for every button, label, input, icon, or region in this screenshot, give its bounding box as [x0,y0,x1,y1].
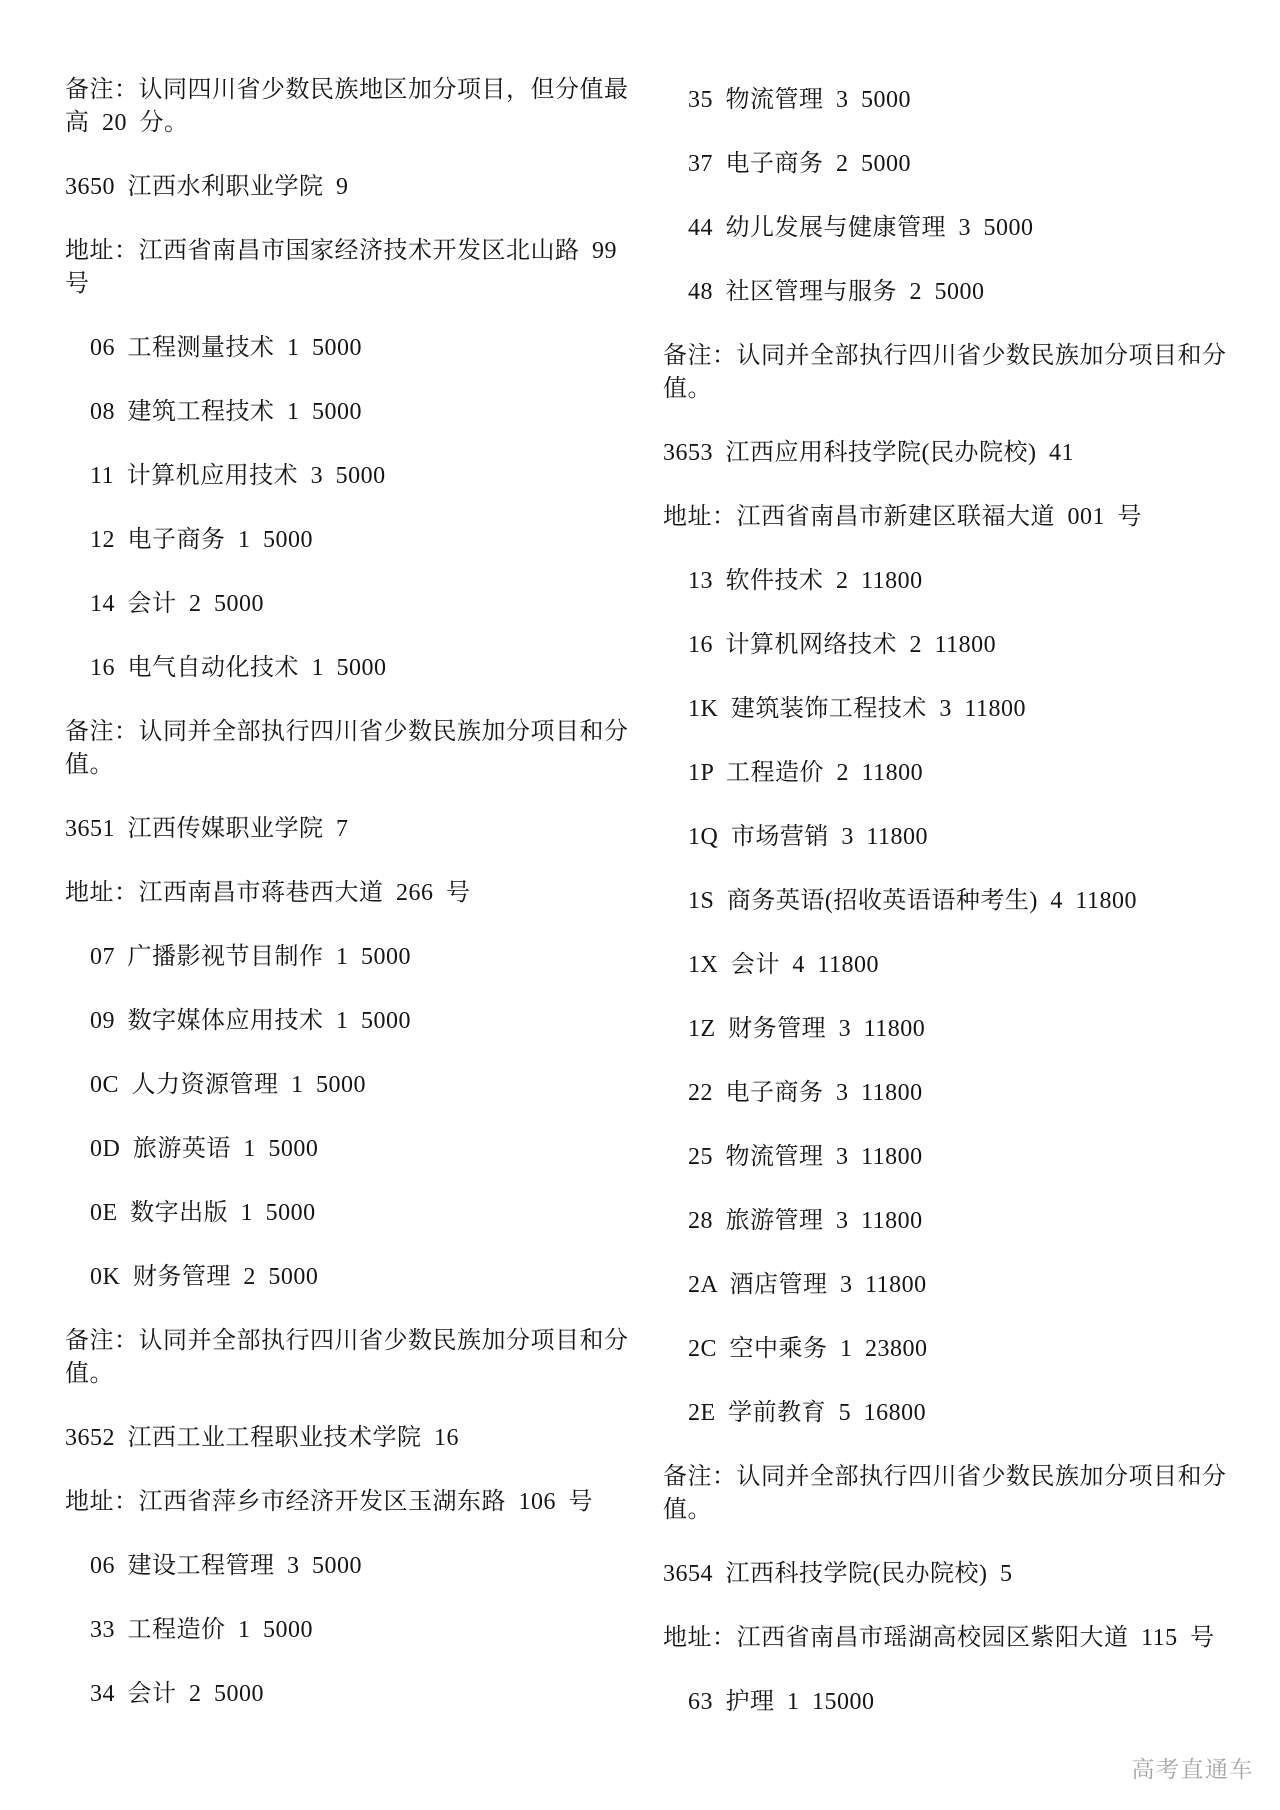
major-line: 2C 空中乘务 1 23800 [663,1333,1235,1366]
major-line: 0K 财务管理 2 5000 [65,1261,637,1294]
right-column: 35 物流管理 3 500037 电子商务 2 500044 幼儿发展与健康管理… [663,0,1235,1750]
major-line: 25 物流管理 3 11800 [663,1141,1235,1174]
major-line: 1X 会计 4 11800 [663,949,1235,982]
major-line: 2A 酒店管理 3 11800 [663,1269,1235,1302]
major-line: 1Q 市场营销 3 11800 [663,821,1235,854]
major-line: 06 工程测量技术 1 5000 [65,332,637,365]
major-line: 28 旅游管理 3 11800 [663,1205,1235,1238]
major-line: 33 工程造价 1 5000 [65,1614,637,1647]
major-line: 48 社区管理与服务 2 5000 [663,276,1235,309]
address-line: 地址：江西省南昌市国家经济技术开发区北山路 99 号 [65,235,637,301]
note-line: 备注：认同并全部执行四川省少数民族加分项目和分值。 [65,716,637,782]
major-line: 07 广播影视节目制作 1 5000 [65,941,637,974]
major-line: 1Z 财务管理 3 11800 [663,1013,1235,1046]
major-line: 0E 数字出版 1 5000 [65,1197,637,1230]
major-line: 14 会计 2 5000 [65,588,637,621]
school-line: 3652 江西工业工程职业技术学院 16 [65,1422,637,1455]
major-line: 11 计算机应用技术 3 5000 [65,460,637,493]
major-line: 12 电子商务 1 5000 [65,524,637,557]
major-line: 63 护理 1 15000 [663,1686,1235,1719]
major-line: 06 建设工程管理 3 5000 [65,1550,637,1583]
major-line: 35 物流管理 3 5000 [663,84,1235,117]
major-line: 1S 商务英语(招收英语语种考生) 4 11800 [663,885,1235,918]
major-line: 44 幼儿发展与健康管理 3 5000 [663,212,1235,245]
note-line: 备注：认同并全部执行四川省少数民族加分项目和分值。 [65,1325,637,1391]
address-line: 地址：江西南昌市蒋巷西大道 266 号 [65,877,637,910]
major-line: 08 建筑工程技术 1 5000 [65,396,637,429]
address-line: 地址：江西省南昌市瑶湖高校园区紫阳大道 115 号 [663,1622,1235,1655]
address-line: 地址：江西省南昌市新建区联福大道 001 号 [663,501,1235,534]
school-line: 3654 江西科技学院(民办院校) 5 [663,1558,1235,1591]
major-line: 1P 工程造价 2 11800 [663,757,1235,790]
major-line: 0D 旅游英语 1 5000 [65,1133,637,1166]
school-line: 3653 江西应用科技学院(民办院校) 41 [663,437,1235,470]
school-line: 3650 江西水利职业学院 9 [65,171,637,204]
school-line: 3651 江西传媒职业学院 7 [65,813,637,846]
major-line: 16 电气自动化技术 1 5000 [65,652,637,685]
major-line: 22 电子商务 3 11800 [663,1077,1235,1110]
major-line: 37 电子商务 2 5000 [663,148,1235,181]
major-line: 2E 学前教育 5 16800 [663,1397,1235,1430]
address-line: 地址：江西省萍乡市经济开发区玉湖东路 106 号 [65,1486,637,1519]
major-line: 0C 人力资源管理 1 5000 [65,1069,637,1102]
major-line: 1K 建筑装饰工程技术 3 11800 [663,693,1235,726]
major-line: 09 数字媒体应用技术 1 5000 [65,1005,637,1038]
note-line: 备注：认同并全部执行四川省少数民族加分项目和分值。 [663,1461,1235,1527]
note-line: 备注：认同并全部执行四川省少数民族加分项目和分值。 [663,340,1235,406]
document-page: 备注：认同四川省少数民族地区加分项目，但分值最高 20 分。3650 江西水利职… [0,0,1280,1810]
watermark-gaokao-zhitongche: 高考直通车 [1132,1756,1255,1784]
left-column: 备注：认同四川省少数民族地区加分项目，但分值最高 20 分。3650 江西水利职… [65,0,637,1742]
major-line: 13 软件技术 2 11800 [663,565,1235,598]
major-line: 34 会计 2 5000 [65,1678,637,1711]
major-line: 16 计算机网络技术 2 11800 [663,629,1235,662]
note-line: 备注：认同四川省少数民族地区加分项目，但分值最高 20 分。 [65,74,637,140]
